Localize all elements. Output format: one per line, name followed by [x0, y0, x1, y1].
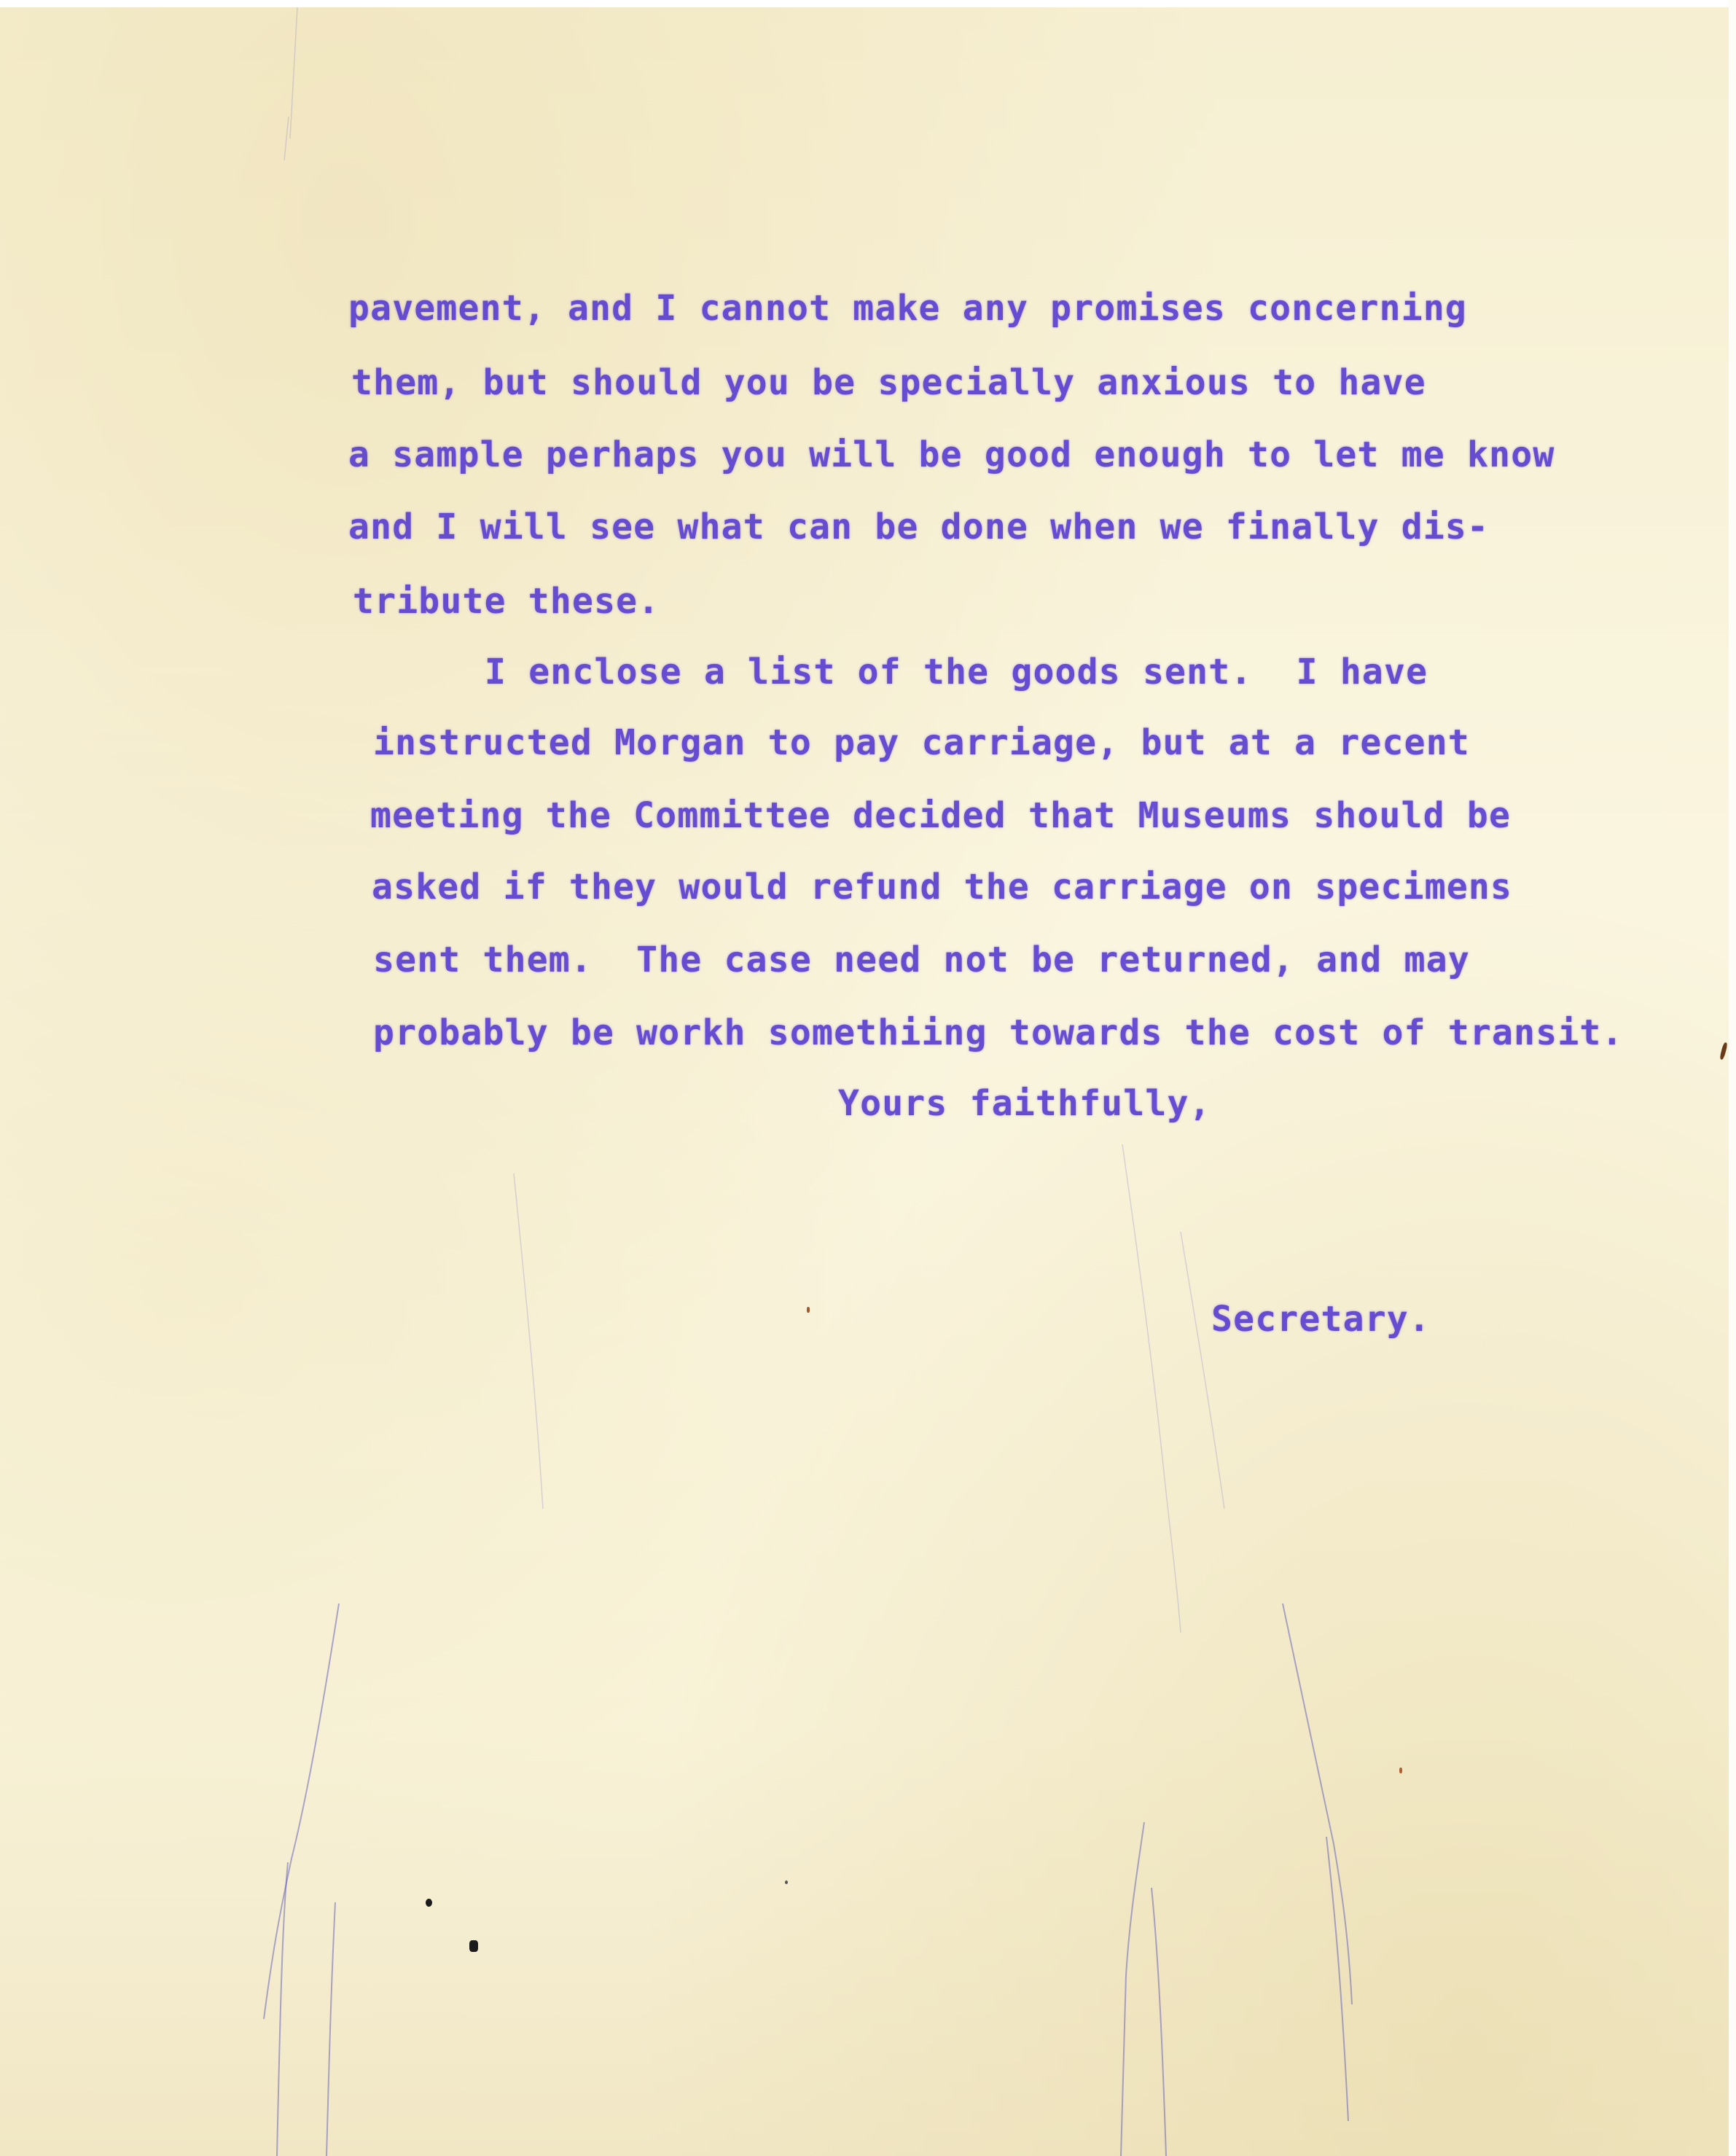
ink-speck — [469, 1940, 478, 1952]
ink-speck — [785, 1880, 788, 1884]
body-text-line: instructed Morgan to pay carriage, but a… — [373, 725, 1470, 760]
body-text-line: and I will see what can be done when we … — [348, 509, 1489, 544]
signature-title: Secretary. — [1211, 1302, 1431, 1337]
body-text-line: meeting the Committee decided that Museu… — [370, 798, 1511, 833]
ink-speck — [426, 1899, 432, 1907]
body-text-line: probably be workh somethiing towards the… — [373, 1015, 1624, 1050]
body-text-line: sent them. The case need not be returned… — [373, 942, 1470, 977]
body-text-line: a sample perhaps you will be good enough… — [348, 437, 1555, 472]
scan-right-border — [1729, 0, 1736, 2156]
scan-top-border — [0, 0, 1736, 7]
rust-mark — [807, 1307, 810, 1313]
body-text-line: asked if they would refund the carriage … — [372, 870, 1512, 905]
body-text-line: tribute these. — [353, 584, 660, 619]
body-text-line: pavement, and I cannot make any promises… — [348, 291, 1467, 326]
pencil-marks — [0, 7, 1729, 2156]
body-text-line: them, but should you be specially anxiou… — [351, 365, 1426, 400]
rust-mark — [1399, 1768, 1402, 1773]
letter-page: pavement, and I cannot make any promises… — [0, 7, 1729, 2156]
body-text-line: I enclose a list of the goods sent. I ha… — [485, 655, 1428, 690]
closing-salutation: Yours faithfully, — [838, 1086, 1211, 1121]
